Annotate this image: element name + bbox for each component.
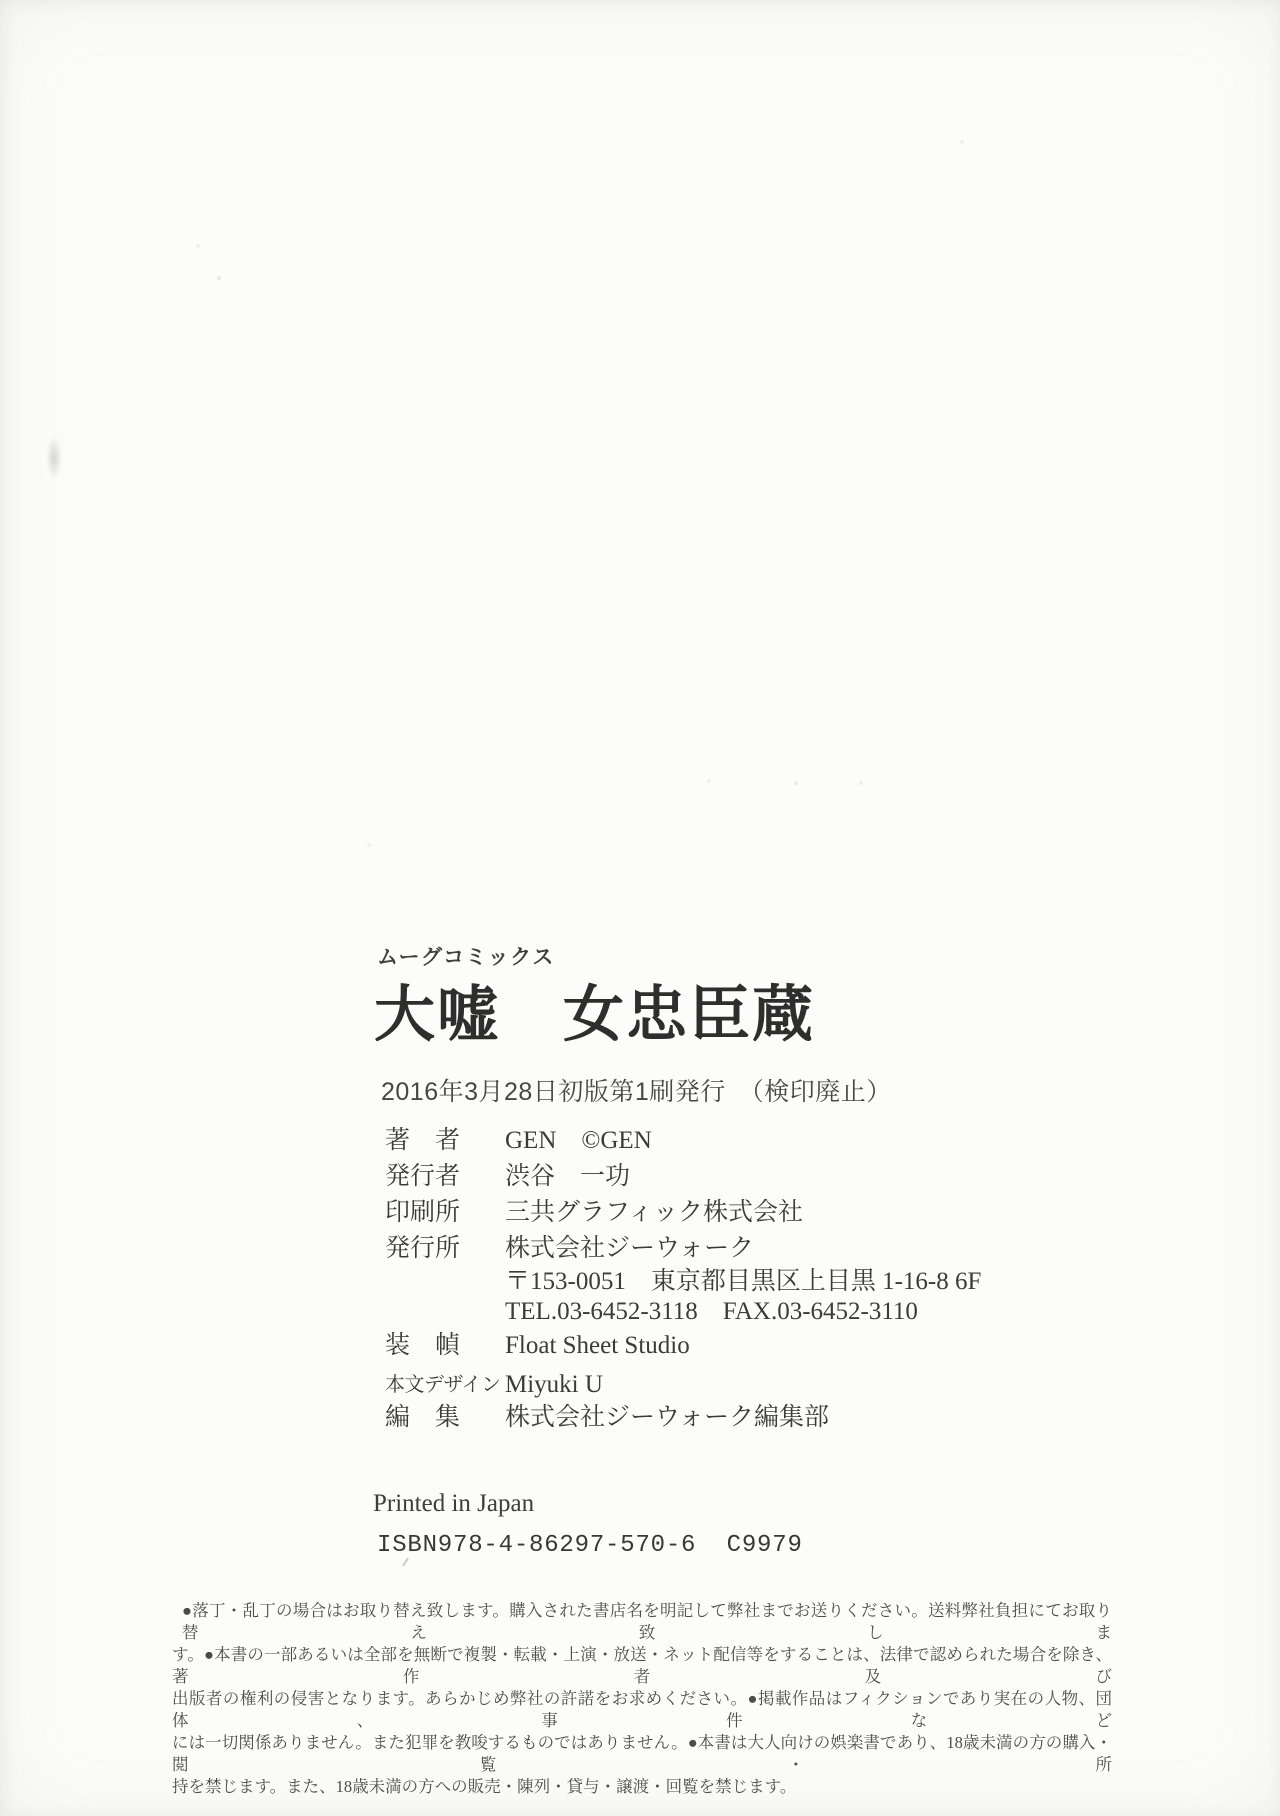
isbn-code: ISBN978-4-86297-570-6 C9979 [377,1534,803,1558]
book-title: 大嘘 女忠臣蔵 [374,984,815,1045]
series-label: ムーグコミックス [377,947,555,968]
scan-tick-mark [402,1558,409,1567]
row-cover-design-value: Float Sheet Studio [505,1333,690,1358]
row-text-design-value: Miyuki U [505,1372,603,1397]
row-publisher-person: 発行者 渋谷 一功 [385,1164,630,1189]
row-publishing-house-value: 株式会社ジーウォーク [505,1236,754,1261]
scan-smudge [46,436,62,480]
row-printer: 印刷所 三共グラフィック株式会社 [385,1200,803,1225]
legal-notice-line: 出版者の権利の侵害となります。あらかじめ弊社の許諾をお求めください。●掲載作品は… [172,1688,1112,1732]
row-author-label: 著 者 [385,1128,505,1153]
row-editing-value: 株式会社ジーウォーク編集部 [505,1405,829,1430]
row-cover-design: 装 幀 Float Sheet Studio [385,1333,690,1358]
publisher-tel-fax: TEL.03-6452-3118 FAX.03-6452-3110 [505,1299,918,1324]
scan-speck [367,843,371,847]
row-printer-value: 三共グラフィック株式会社 [505,1200,803,1225]
legal-notice-line: す。●本書の一部あるいは全部を無断で複製・転載・上演・放送・ネット配信等をするこ… [172,1644,1112,1688]
row-text-design-label: 本文デザイン [385,1372,505,1397]
row-publishing-house-label: 発行所 [385,1236,505,1261]
legal-notice-block: ●落丁・乱丁の場合はお取り替え致します。購入された書店名を明記して弊社までお送り… [172,1600,1112,1798]
publisher-postal-address: 〒153-0051 東京都目黒区上目黒 1-16-8 6F [505,1269,981,1294]
scanned-colophon-page: ムーグコミックス 大嘘 女忠臣蔵 2016年3月28日初版第1刷発行 （検印廃止… [0,0,1280,1816]
row-editing: 編 集 株式会社ジーウォーク編集部 [385,1405,829,1430]
scan-speck [859,781,863,785]
edition-printing-line: 2016年3月28日初版第1刷発行 （検印廃止） [381,1080,892,1105]
scan-speck [707,779,711,783]
row-author: 著 者 GEN ©GEN [385,1128,652,1153]
legal-notice-line: 持を禁じます。また、18歳未満の方への販売・陳列・貸与・譲渡・回覧を禁じます。 [172,1776,1112,1798]
row-publishing-house: 発行所 株式会社ジーウォーク [385,1236,754,1261]
row-author-value: GEN ©GEN [505,1128,652,1153]
row-editing-label: 編 集 [385,1405,505,1430]
legal-notice-line: ●落丁・乱丁の場合はお取り替え致します。購入された書店名を明記して弊社までお送り… [172,1600,1112,1644]
scan-speck [794,781,798,785]
row-publisher-person-value: 渋谷 一功 [505,1164,630,1189]
legal-notice-line: には一切関係ありません。また犯罪を教唆するものではありません。●本書は大人向けの… [172,1732,1112,1776]
row-text-design: 本文デザイン Miyuki U [385,1372,603,1397]
scan-speck [196,244,200,248]
row-publisher-person-label: 発行者 [385,1164,505,1189]
row-printer-label: 印刷所 [385,1200,505,1225]
scan-speck [217,276,221,280]
row-cover-design-label: 装 幀 [385,1333,505,1358]
printed-in-japan: Printed in Japan [373,1491,534,1516]
scan-speck [960,140,964,144]
